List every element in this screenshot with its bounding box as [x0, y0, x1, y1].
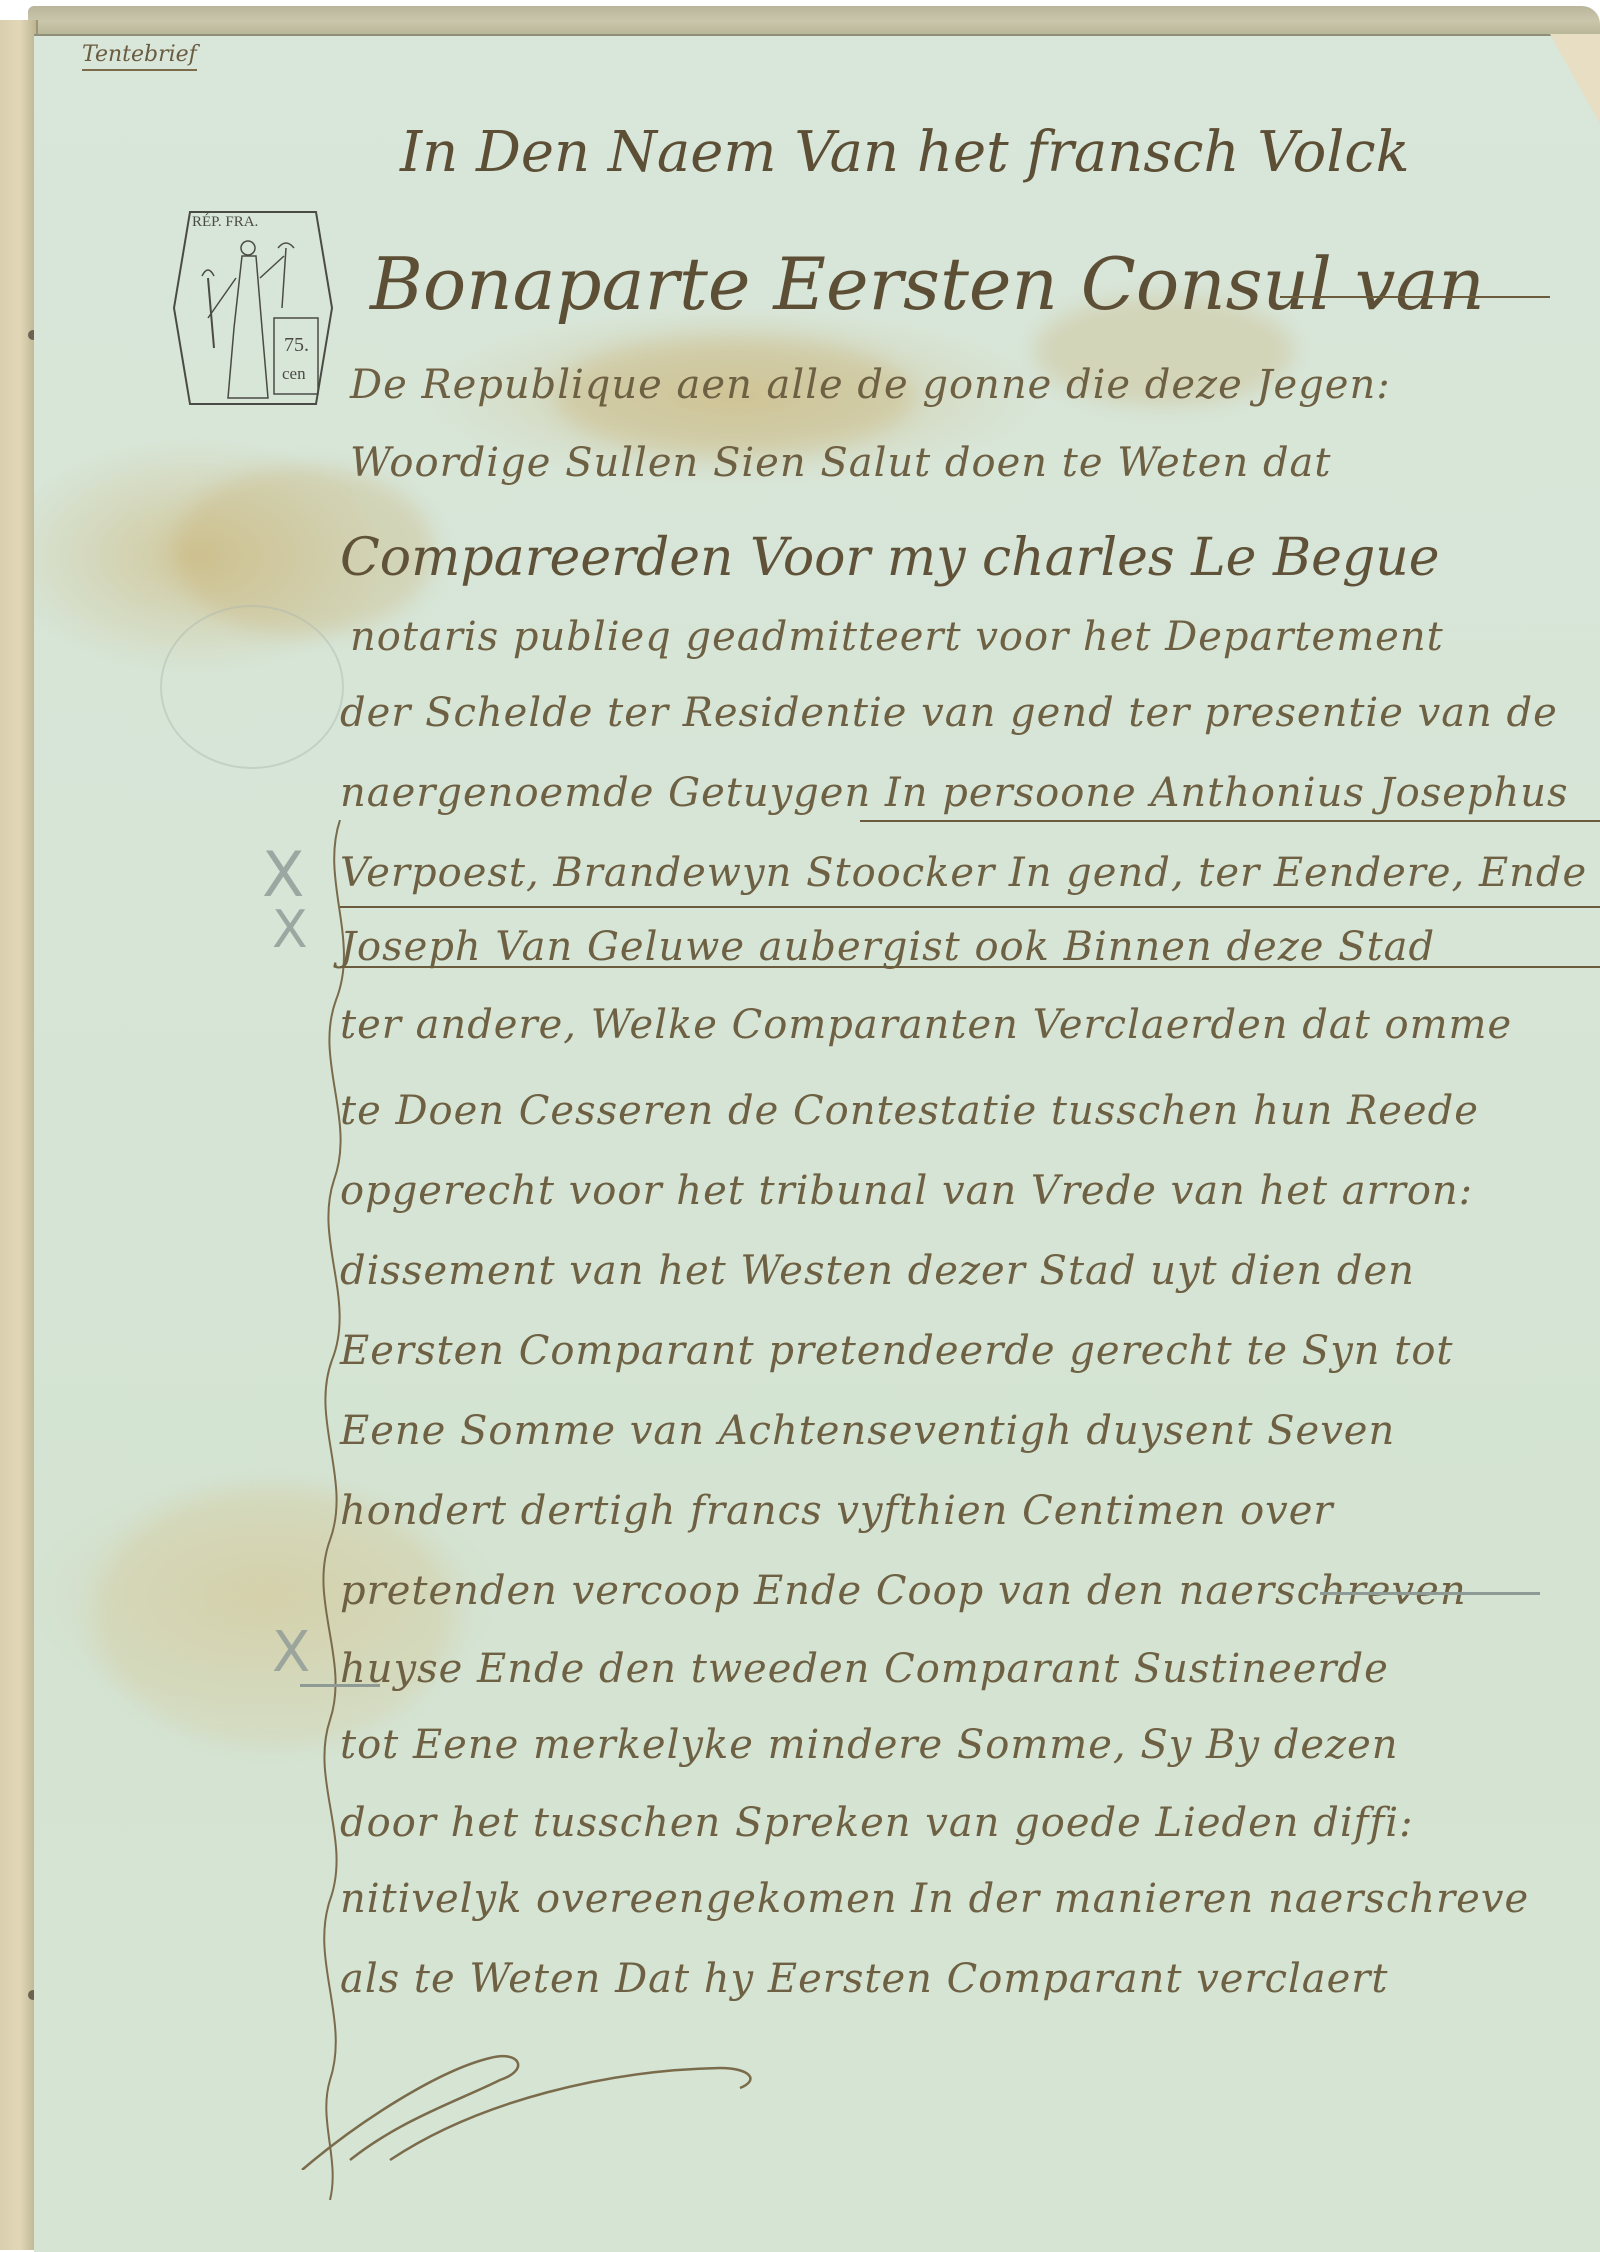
pencil-underline — [1320, 1592, 1540, 1595]
revenue-stamp: RÉP. FRA. 75. cen — [172, 208, 334, 408]
stamp-hexagon-icon — [172, 208, 334, 408]
pencil-underline — [300, 1684, 380, 1687]
folded-corner — [1550, 34, 1600, 124]
document-line: huyse Ende den tweeden Comparant Sustine… — [340, 1646, 1389, 1692]
document-line: tot Eene merkelyke mindere Somme, Sy By … — [340, 1722, 1399, 1768]
document-scan: Tentebrief RÉP. FRA. 75. cen X X X In De… — [0, 0, 1600, 2250]
document-line: door het tusschen Spreken van goede Lied… — [340, 1800, 1414, 1846]
stamp-unit: cen — [282, 364, 306, 384]
document-line: pretenden vercoop Ende Coop van den naer… — [340, 1568, 1467, 1614]
document-line: dissement van het Westen dezer Stad uyt … — [340, 1248, 1415, 1294]
name-underline — [340, 966, 1600, 968]
heading-line: Bonaparte Eersten Consul van — [370, 242, 1485, 326]
document-line: naergenoemde Getuygen In persoone Anthon… — [340, 770, 1569, 816]
document-line: opgerecht voor het tribunal van Vrede va… — [340, 1168, 1473, 1214]
document-line: Eersten Comparant pretendeerde gerecht t… — [340, 1328, 1454, 1374]
document-line: der Schelde ter Residentie van gend ter … — [340, 690, 1558, 736]
embossed-seal — [160, 605, 344, 769]
stamp-value: 75. — [284, 334, 309, 357]
closing-flourish-icon — [280, 2030, 800, 2170]
document-line: hondert dertigh francs vyfthien Centimen… — [340, 1488, 1334, 1534]
paper-top-edge — [28, 6, 1600, 36]
document-line: als te Weten Dat hy Eersten Comparant ve… — [340, 1956, 1389, 2002]
document-line: ter andere, Welke Comparanten Verclaerde… — [340, 1002, 1512, 1048]
document-line: Eene Somme van Achtenseventigh duysent S… — [340, 1408, 1395, 1454]
name-underline — [340, 906, 1600, 908]
document-line: nitivelyk overeengekomen In der manieren… — [340, 1876, 1529, 1922]
line-underline — [1280, 296, 1550, 298]
document-line: Verpoest, Brandewyn Stoocker In gend, te… — [340, 850, 1587, 896]
document-line: Joseph Van Geluwe aubergist ook Binnen d… — [340, 924, 1435, 970]
document-line: Woordige Sullen Sien Salut doen te Weten… — [350, 440, 1331, 486]
document-line: notaris publieq geadmitteert voor het De… — [350, 614, 1444, 660]
margin-note: Tentebrief — [82, 42, 197, 71]
document-line: te Doen Cesseren de Contestatie tusschen… — [340, 1088, 1479, 1134]
document-line: De Republique aen alle de gonne die deze… — [350, 362, 1391, 408]
binding-spine — [0, 20, 38, 2250]
document-line: Compareerden Voor my charles Le Begue — [340, 528, 1440, 588]
stamp-country-label: RÉP. FRA. — [192, 214, 258, 231]
heading-line: In Den Naem Van het fransch Volck — [400, 120, 1410, 185]
name-underline — [860, 820, 1600, 822]
